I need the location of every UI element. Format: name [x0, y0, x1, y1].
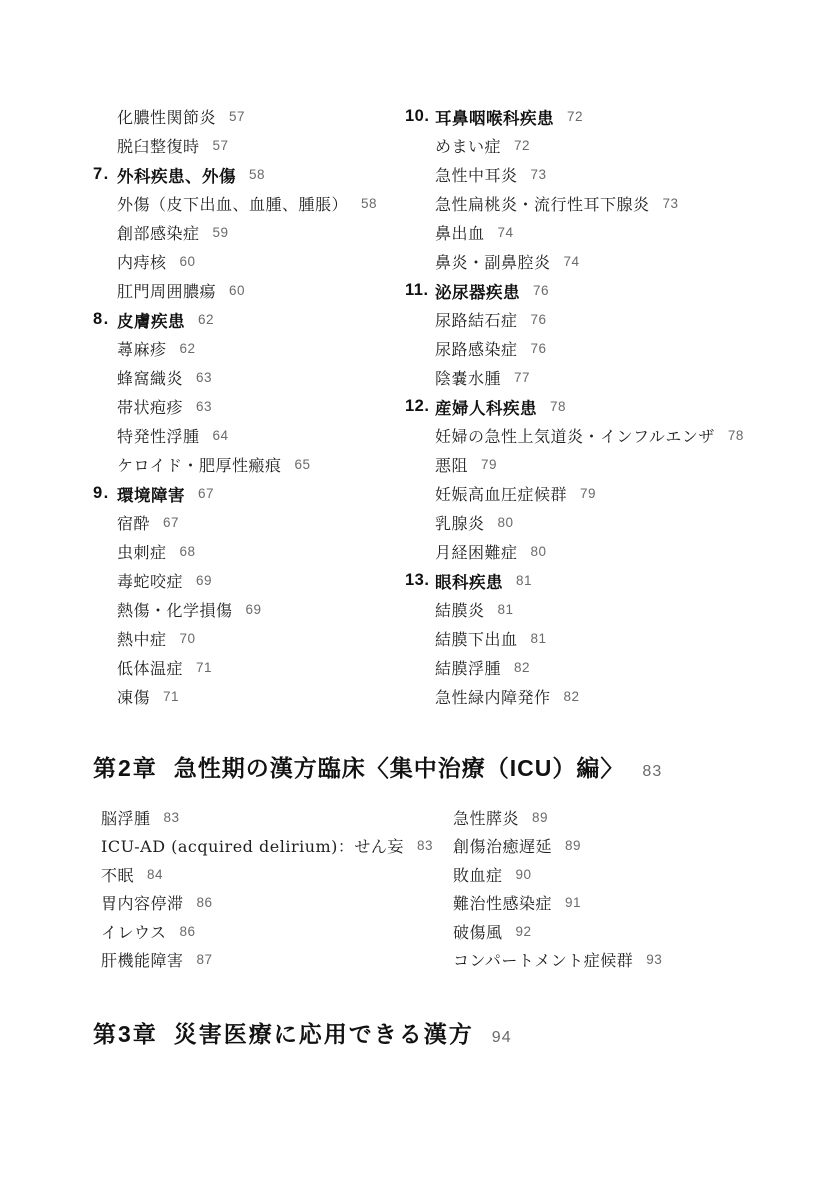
entry-title: 急性緑内障発作: [435, 685, 551, 708]
entry-title: 蜂窩織炎: [117, 366, 183, 389]
toc-section-entry: 13.眼科疾患81: [405, 566, 765, 595]
entry-page-number: 79: [481, 457, 497, 472]
entry-page-number: 93: [646, 952, 662, 967]
entry-page-number: 82: [564, 689, 580, 704]
toc-column-left: 化膿性関節炎57脱臼整復時577.外科疾患、外傷58外傷（皮下出血、血腫、腫脹）…: [93, 102, 405, 711]
entry-page-number: 80: [531, 544, 547, 559]
entry-title: 陰嚢水腫: [435, 366, 501, 389]
chapter2-title: 急性期の漢方臨床〈集中治療（ICU）編〉: [174, 750, 625, 783]
entry-title: 脳浮腫: [101, 806, 151, 829]
entry-title: 眼科疾患: [435, 569, 503, 593]
section-number: 11.: [405, 281, 435, 300]
entry-page-number: 64: [213, 428, 229, 443]
toc-item-entry: 妊娠高血圧症候群79: [405, 479, 765, 508]
entry-page-number: 82: [514, 660, 530, 675]
toc-item-entry: 尿路結石症76: [405, 305, 765, 334]
toc-item-entry: 不眠84: [101, 860, 441, 889]
entry-page-number: 58: [361, 196, 377, 211]
entry-title: 破傷風: [453, 920, 503, 943]
entry-page-number: 87: [197, 952, 213, 967]
toc-section-entry: 8.皮膚疾患62: [93, 305, 405, 334]
entry-page-number: 67: [163, 515, 179, 530]
toc-item-entry: 破傷風92: [453, 917, 783, 946]
chapter2-heading: 第2章 急性期の漢方臨床〈集中治療（ICU）編〉 83: [93, 750, 662, 783]
toc-item-entry: 脳浮腫83: [101, 803, 441, 832]
entry-page-number: 71: [163, 689, 179, 704]
section-number: 13.: [405, 571, 435, 590]
entry-title: 外科疾患、外傷: [117, 163, 236, 187]
entry-title: 産婦人科疾患: [435, 395, 537, 419]
entry-page-number: 73: [663, 196, 679, 211]
toc-item-entry: 宿酔67: [93, 508, 405, 537]
toc-item-entry: イレウス86: [101, 917, 441, 946]
toc-item-entry: 急性膵炎89: [453, 803, 783, 832]
entry-page-number: 86: [197, 895, 213, 910]
toc-section-entry: 11.泌尿器疾患76: [405, 276, 765, 305]
toc-item-entry: 脱臼整復時57: [93, 131, 405, 160]
entry-title: 急性中耳炎: [435, 163, 518, 186]
entry-page-number: 89: [532, 810, 548, 825]
entry-page-number: 73: [531, 167, 547, 182]
toc-item-entry: 肝機能障害87: [101, 946, 441, 975]
entry-page-number: 59: [213, 225, 229, 240]
entry-title: 脱臼整復時: [117, 134, 200, 157]
entry-page-number: 84: [147, 867, 163, 882]
toc-item-entry: 蜂窩織炎63: [93, 363, 405, 392]
entry-title: 月経困難症: [435, 540, 518, 563]
entry-page-number: 65: [295, 457, 311, 472]
entry-page-number: 90: [516, 867, 532, 882]
entry-title: ケロイド・肥厚性瘢痕: [117, 453, 282, 476]
entry-title: 敗血症: [453, 863, 503, 886]
entry-title: 不眠: [101, 863, 134, 886]
entry-title: 結膜下出血: [435, 627, 518, 650]
entry-page-number: 81: [498, 602, 514, 617]
entry-title: 妊娠高血圧症候群: [435, 482, 567, 505]
toc-item-entry: 凍傷71: [93, 682, 405, 711]
entry-page-number: 81: [531, 631, 547, 646]
chapter2-label: 第2章: [93, 750, 158, 783]
toc-item-entry: 結膜下出血81: [405, 624, 765, 653]
toc-item-entry: 外傷（皮下出血、血腫、腫脹）58: [93, 189, 405, 218]
chapter2-column-right: 急性膵炎89創傷治癒遅延89敗血症90難治性感染症91破傷風92コンパートメント…: [453, 803, 783, 974]
entry-title: 皮膚疾患: [117, 308, 185, 332]
chapter3-page-number: 94: [492, 1029, 512, 1047]
toc-item-entry: 敗血症90: [453, 860, 783, 889]
entry-page-number: 86: [180, 924, 196, 939]
chapter3-label: 第3章: [93, 1016, 158, 1049]
entry-page-number: 78: [728, 428, 744, 443]
toc-item-entry: 低体温症71: [93, 653, 405, 682]
entry-title: 耳鼻咽喉科疾患: [435, 105, 554, 129]
entry-page-number: 91: [565, 895, 581, 910]
section-number: 8.: [93, 310, 117, 329]
toc-item-entry: 悪阻79: [405, 450, 765, 479]
toc-item-entry: 熱傷・化学損傷69: [93, 595, 405, 624]
entry-page-number: 80: [498, 515, 514, 530]
entry-page-number: 81: [516, 573, 532, 588]
entry-page-number: 74: [564, 254, 580, 269]
toc-item-entry: 肛門周囲膿瘍60: [93, 276, 405, 305]
entry-title: 急性膵炎: [453, 806, 519, 829]
toc-item-entry: 急性扁桃炎・流行性耳下腺炎73: [405, 189, 765, 218]
entry-title: ICU-AD (acquired delirium)：せん妄: [101, 834, 404, 857]
entry-title: 毒蛇咬症: [117, 569, 183, 592]
toc-item-entry: 帯状疱疹63: [93, 392, 405, 421]
toc-item-entry: ケロイド・肥厚性瘢痕65: [93, 450, 405, 479]
entry-title: 尿路感染症: [435, 337, 518, 360]
toc-item-entry: 急性中耳炎73: [405, 160, 765, 189]
toc-item-entry: 創部感染症59: [93, 218, 405, 247]
entry-title: 結膜浮腫: [435, 656, 501, 679]
entry-page-number: 63: [196, 399, 212, 414]
toc-item-entry: 結膜浮腫82: [405, 653, 765, 682]
entry-page-number: 60: [229, 283, 245, 298]
entry-title: 鼻出血: [435, 221, 485, 244]
section-number: 12.: [405, 397, 435, 416]
entry-title: 鼻炎・副鼻腔炎: [435, 250, 551, 273]
entry-page-number: 68: [180, 544, 196, 559]
chapter3-title: 災害医療に応用できる漢方: [174, 1016, 474, 1049]
entry-title: 結膜炎: [435, 598, 485, 621]
toc-item-entry: めまい症72: [405, 131, 765, 160]
toc-item-entry: 毒蛇咬症69: [93, 566, 405, 595]
entry-page-number: 72: [514, 138, 530, 153]
entry-page-number: 89: [565, 838, 581, 853]
entry-title: 肛門周囲膿瘍: [117, 279, 216, 302]
entry-page-number: 76: [533, 283, 549, 298]
entry-page-number: 62: [180, 341, 196, 356]
entry-page-number: 83: [417, 838, 433, 853]
entry-page-number: 69: [246, 602, 262, 617]
entry-title: イレウス: [101, 920, 167, 943]
toc-section-entry: 7.外科疾患、外傷58: [93, 160, 405, 189]
entry-page-number: 76: [531, 341, 547, 356]
toc-item-entry: 内痔核60: [93, 247, 405, 276]
entry-title: 熱傷・化学損傷: [117, 598, 233, 621]
toc-section-entry: 12.産婦人科疾患78: [405, 392, 765, 421]
toc-item-entry: コンパートメント症候群93: [453, 946, 783, 975]
entry-title: 凍傷: [117, 685, 150, 708]
toc-item-entry: 妊婦の急性上気道炎・インフルエンザ78: [405, 421, 765, 450]
entry-title: 特発性浮腫: [117, 424, 200, 447]
entry-title: 内痔核: [117, 250, 167, 273]
entry-page-number: 77: [514, 370, 530, 385]
entry-title: 外傷（皮下出血、血腫、腫脹）: [117, 192, 348, 215]
entry-title: 虫刺症: [117, 540, 167, 563]
entry-title: 泌尿器疾患: [435, 279, 520, 303]
chapter2-page-number: 83: [642, 763, 662, 781]
entry-title: 熱中症: [117, 627, 167, 650]
chapter2-column-left: 脳浮腫83ICU-AD (acquired delirium)：せん妄83不眠8…: [101, 803, 441, 974]
toc-item-entry: 特発性浮腫64: [93, 421, 405, 450]
toc-item-entry: 熱中症70: [93, 624, 405, 653]
section-number: 9.: [93, 484, 117, 503]
entry-title: 創部感染症: [117, 221, 200, 244]
entry-title: めまい症: [435, 134, 501, 157]
entry-page-number: 72: [567, 109, 583, 124]
entry-page-number: 63: [196, 370, 212, 385]
entry-title: 肝機能障害: [101, 948, 184, 971]
entry-title: 悪阻: [435, 453, 468, 476]
entry-page-number: 79: [580, 486, 596, 501]
toc-item-entry: 尿路感染症76: [405, 334, 765, 363]
toc-item-entry: 月経困難症80: [405, 537, 765, 566]
toc-item-entry: 化膿性関節炎57: [93, 102, 405, 131]
toc-column-right: 10.耳鼻咽喉科疾患72めまい症72急性中耳炎73急性扁桃炎・流行性耳下腺炎73…: [405, 102, 765, 711]
entry-page-number: 57: [229, 109, 245, 124]
entry-page-number: 76: [531, 312, 547, 327]
toc-section-entry: 10.耳鼻咽喉科疾患72: [405, 102, 765, 131]
toc-item-entry: 陰嚢水腫77: [405, 363, 765, 392]
toc-item-entry: 蕁麻疹62: [93, 334, 405, 363]
entry-page-number: 69: [196, 573, 212, 588]
entry-title: 環境障害: [117, 482, 185, 506]
section-number: 10.: [405, 107, 435, 126]
toc-item-entry: ICU-AD (acquired delirium)：せん妄83: [101, 832, 441, 861]
entry-title: 創傷治癒遅延: [453, 834, 552, 857]
section-number: 7.: [93, 165, 117, 184]
toc-item-entry: 鼻炎・副鼻腔炎74: [405, 247, 765, 276]
entry-page-number: 74: [498, 225, 514, 240]
entry-page-number: 67: [198, 486, 214, 501]
toc-item-entry: 虫刺症68: [93, 537, 405, 566]
entry-title: 尿路結石症: [435, 308, 518, 331]
entry-title: 宿酔: [117, 511, 150, 534]
entry-page-number: 58: [249, 167, 265, 182]
entry-title: コンパートメント症候群: [453, 948, 633, 971]
toc-page: 化膿性関節炎57脱臼整復時577.外科疾患、外傷58外傷（皮下出血、血腫、腫脹）…: [0, 0, 830, 1177]
entry-title: 胃内容停滞: [101, 891, 184, 914]
entry-page-number: 62: [198, 312, 214, 327]
toc-item-entry: 乳腺炎80: [405, 508, 765, 537]
toc-item-entry: 難治性感染症91: [453, 889, 783, 918]
entry-title: 化膿性関節炎: [117, 105, 216, 128]
entry-title: 妊婦の急性上気道炎・インフルエンザ: [435, 424, 715, 447]
toc-item-entry: 鼻出血74: [405, 218, 765, 247]
toc-item-entry: 胃内容停滞86: [101, 889, 441, 918]
entry-page-number: 57: [213, 138, 229, 153]
entry-page-number: 60: [180, 254, 196, 269]
entry-title: 急性扁桃炎・流行性耳下腺炎: [435, 192, 650, 215]
entry-page-number: 78: [550, 399, 566, 414]
entry-title: 乳腺炎: [435, 511, 485, 534]
entry-page-number: 92: [516, 924, 532, 939]
entry-title: 蕁麻疹: [117, 337, 167, 360]
entry-page-number: 83: [164, 810, 180, 825]
toc-section-entry: 9.環境障害67: [93, 479, 405, 508]
toc-item-entry: 創傷治癒遅延89: [453, 832, 783, 861]
entry-title: 低体温症: [117, 656, 183, 679]
toc-item-entry: 結膜炎81: [405, 595, 765, 624]
entry-title: 難治性感染症: [453, 891, 552, 914]
chapter3-heading: 第3章 災害医療に応用できる漢方 94: [93, 1016, 512, 1049]
entry-title: 帯状疱疹: [117, 395, 183, 418]
toc-item-entry: 急性緑内障発作82: [405, 682, 765, 711]
entry-page-number: 71: [196, 660, 212, 675]
entry-page-number: 70: [180, 631, 196, 646]
